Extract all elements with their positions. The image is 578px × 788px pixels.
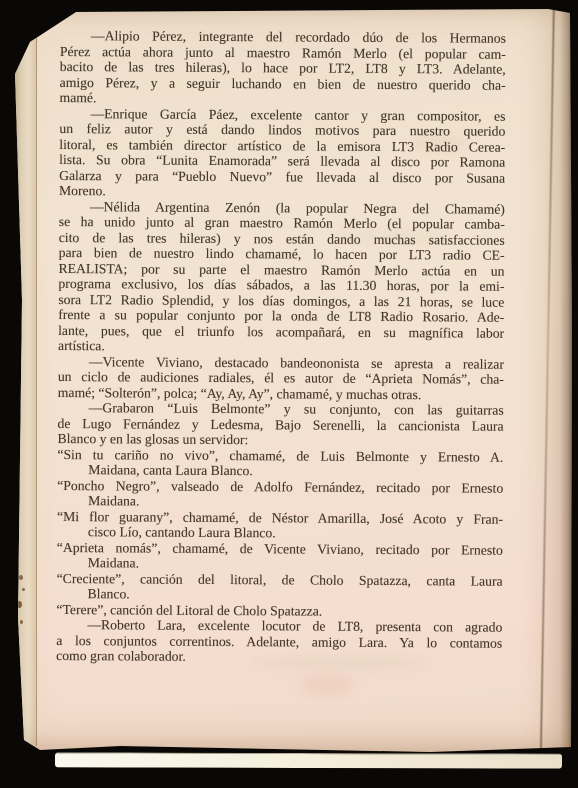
paragraph: —Grabaron “Luis Belmonte” y su conjunto,… <box>57 400 503 449</box>
paper-stain <box>300 676 354 694</box>
paper-speck <box>17 601 22 608</box>
paragraph: —Enrique García Páez, excelente cantor y… <box>59 105 506 201</box>
scan-background: —Alipio Pérez, integrante del recordado … <box>0 0 578 788</box>
paragraph: —Alipio Pérez, integrante del recordado … <box>60 28 506 108</box>
paper-speck <box>20 620 23 624</box>
paragraph: “Mi flor guarany”, chamamé, de Néstor Am… <box>57 508 503 542</box>
page-fore-edge <box>10 34 37 746</box>
paragraph: —Vicente Viviano, destacado bandeononist… <box>58 353 504 402</box>
corner-chamfer-highlight <box>21 0 80 22</box>
page-text: —Alipio Pérez, integrante del recordado … <box>56 28 506 666</box>
paper-speck <box>19 575 23 580</box>
book-page: —Alipio Pérez, integrante del recordado … <box>0 0 578 756</box>
underlying-page-edge <box>55 752 562 768</box>
paragraph: “Aprieta nomás”, chamamé, de Vicente Viv… <box>57 539 503 573</box>
text-line: amigo Pérez, y a seguir luchando en bien… <box>60 74 506 92</box>
page-edge-highlight <box>1 24 10 54</box>
gutter-crease <box>540 0 555 756</box>
gutter-shadow <box>560 0 578 756</box>
paragraph: —Roberto Lara, excelente locutor de LT8,… <box>56 617 502 666</box>
text-line: como gran colaborador. <box>56 648 502 666</box>
text-line: lante, pues, que el triunfo los acompaña… <box>58 322 504 340</box>
paragraph: “Poncho Negro”, valseado de Adolfo Ferná… <box>57 477 503 511</box>
paragraph: —Nélida Argentina Zenón (la popular Negr… <box>58 198 505 356</box>
paper-speck <box>22 588 25 591</box>
paragraph: “Creciente”, canción del litoral, de Cho… <box>56 570 502 604</box>
paragraph: “Sin tu cariño no vivo”, chamamé, de Lui… <box>57 446 503 480</box>
text-line: Galarza y para “Pueblo Nuevo” fue llevad… <box>59 167 505 185</box>
